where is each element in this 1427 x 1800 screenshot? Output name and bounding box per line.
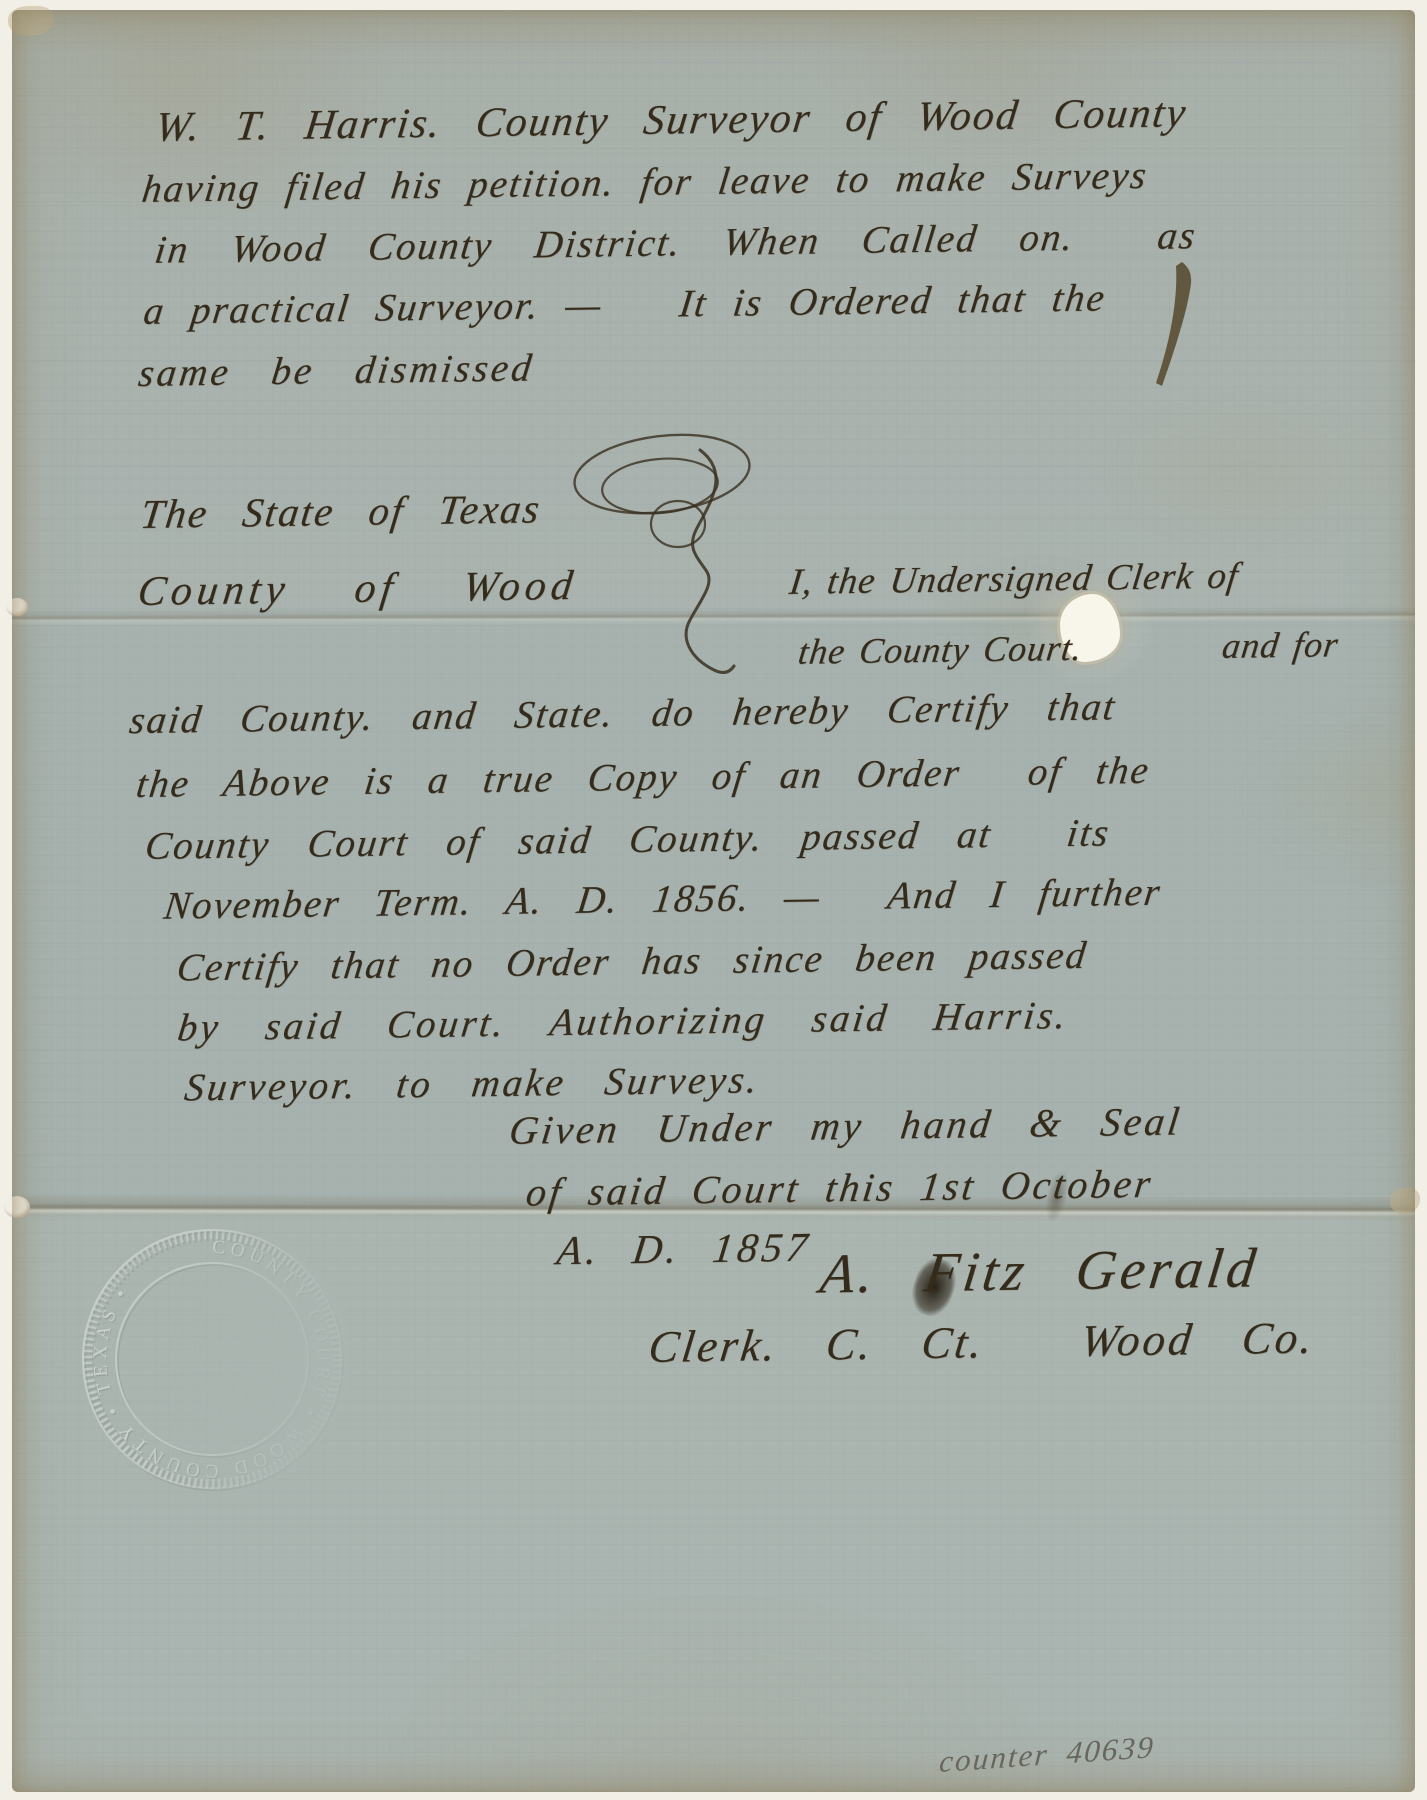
certificate-line: County Court of said County. passed at i… bbox=[143, 810, 1113, 869]
certificate-line: I, the Undersigned Clerk of bbox=[787, 555, 1241, 604]
certificate-line: Certify that no Order has since been pas… bbox=[174, 933, 1090, 991]
certificate-line: Surveyor. to make Surveys. bbox=[182, 1057, 763, 1110]
certificate-line: said County. and State. do hereby Certif… bbox=[127, 684, 1119, 743]
attestation-line: Given Under my hand & Seal bbox=[507, 1097, 1185, 1153]
venue-county-line: County of Wood bbox=[135, 562, 580, 616]
attestation-line: A. D. 1857 bbox=[554, 1223, 814, 1275]
order-line: W. T. Harris. County Surveyor of Wood Co… bbox=[153, 89, 1190, 151]
order-line: same be dismissed bbox=[136, 345, 537, 396]
certificate-line: the Above is a true Copy of an Order of … bbox=[134, 748, 1153, 807]
certificate-line: the County Court. and for bbox=[796, 623, 1341, 673]
document-scan: COUNTY COURT • WOOD COUNTY • TEXAS • COU… bbox=[0, 0, 1427, 1800]
certificate-line: November Term. A. D. 1856. — And I furth… bbox=[161, 870, 1164, 929]
clerk-signature: A. Fitz Gerald bbox=[817, 1236, 1263, 1306]
clerk-signature-title: Clerk. C. Ct. Wood Co. bbox=[646, 1312, 1319, 1373]
handwriting-layer: W. T. Harris. County Surveyor of Wood Co… bbox=[11, 0, 1427, 1794]
order-line: a practical Surveyor. — It is Ordered th… bbox=[141, 275, 1109, 334]
manuscript-paper: COUNTY COURT • WOOD COUNTY • TEXAS • COU… bbox=[12, 10, 1415, 1792]
edge-tear-notch bbox=[4, 1196, 30, 1218]
certificate-line: by said Court. Authorizing said Harris. bbox=[175, 993, 1071, 1051]
order-line: having filed his petition. for leave to … bbox=[139, 153, 1150, 212]
venue-state-line: The State of Texas bbox=[138, 484, 544, 538]
attestation-line: of said Court this 1st October bbox=[523, 1160, 1156, 1216]
order-line: in Wood County District. When Called on.… bbox=[152, 213, 1199, 273]
